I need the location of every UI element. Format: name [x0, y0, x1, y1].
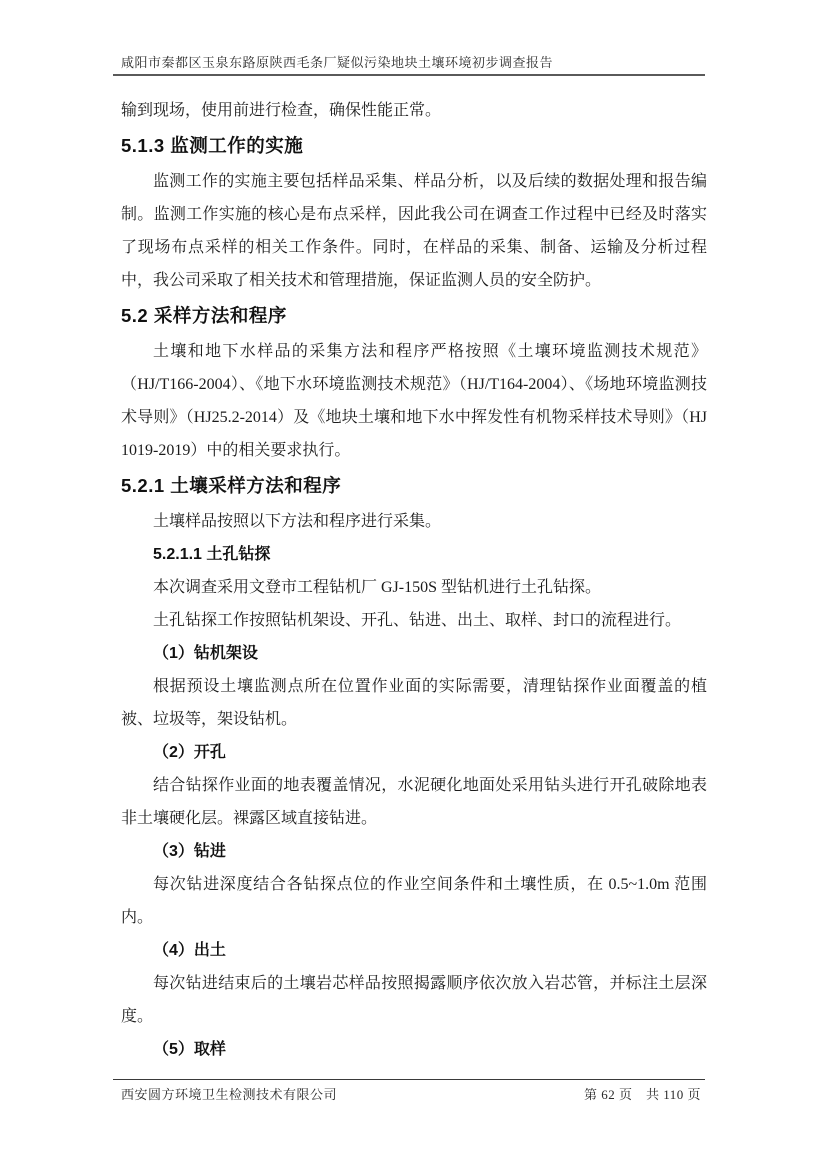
paragraph: 每次钻进深度结合各钻探点位的作业空间条件和土壤性质，在 0.5~1.0m 范围内… [121, 868, 707, 934]
subsection-heading: （1）钻机架设 [121, 637, 707, 670]
footer-page-number: 第 62 页 共 110 页 [584, 1087, 705, 1103]
section-heading: 5.2.1 土壤采样方法和程序 [121, 469, 707, 503]
paragraph: 监测工作的实施主要包括样品采集、样品分析，以及后续的数据处理和报告编制。监测工作… [121, 165, 707, 297]
paragraph: 土壤样品按照以下方法和程序进行采集。 [121, 505, 707, 538]
paragraph-continuation: 输到现场，使用前进行检查，确保性能正常。 [121, 94, 707, 127]
subsection-heading: （5）取样 [121, 1033, 707, 1066]
footer-company-name: 西安圆方环境卫生检测技术有限公司 [113, 1087, 337, 1103]
page-footer: 西安圆方环境卫生检测技术有限公司 第 62 页 共 110 页 [113, 1079, 705, 1103]
subsection-heading: 5.2.1.1 土孔钻探 [121, 538, 707, 571]
header-title: 咸阳市秦都区玉泉东路原陕西毛条厂疑似污染地块土壤环境初步调查报告 [113, 55, 705, 71]
paragraph: 土壤和地下水样品的采集方法和程序严格按照《土壤环境监测技术规范》（HJ/T166… [121, 335, 707, 467]
subsection-heading: （3）钻进 [121, 835, 707, 868]
paragraph: 本次调查采用文登市工程钻机厂 GJ-150S 型钻机进行土孔钻探。 [121, 571, 707, 604]
page-header: 咸阳市秦都区玉泉东路原陕西毛条厂疑似污染地块土壤环境初步调查报告 [113, 55, 705, 76]
paragraph: 土孔钻探工作按照钻机架设、开孔、钻进、出土、取样、封口的流程进行。 [121, 604, 707, 637]
paragraph: 根据预设土壤监测点所在位置作业面的实际需要，清理钻探作业面覆盖的植被、垃圾等，架… [121, 670, 707, 736]
document-body: 输到现场，使用前进行检查，确保性能正常。5.1.3 监测工作的实施监测工作的实施… [121, 94, 707, 1066]
section-heading: 5.2 采样方法和程序 [121, 299, 707, 333]
section-heading: 5.1.3 监测工作的实施 [121, 129, 707, 163]
paragraph: 结合钻探作业面的地表覆盖情况，水泥硬化地面处采用钻头进行开孔破除地表非土壤硬化层… [121, 769, 707, 835]
paragraph: 每次钻进结束后的土壤岩芯样品按照揭露顺序依次放入岩芯管，并标注土层深度。 [121, 967, 707, 1033]
document-page: 咸阳市秦都区玉泉东路原陕西毛条厂疑似污染地块土壤环境初步调查报告 输到现场，使用… [0, 0, 827, 1169]
subsection-heading: （4）出土 [121, 934, 707, 967]
subsection-heading: （2）开孔 [121, 736, 707, 769]
